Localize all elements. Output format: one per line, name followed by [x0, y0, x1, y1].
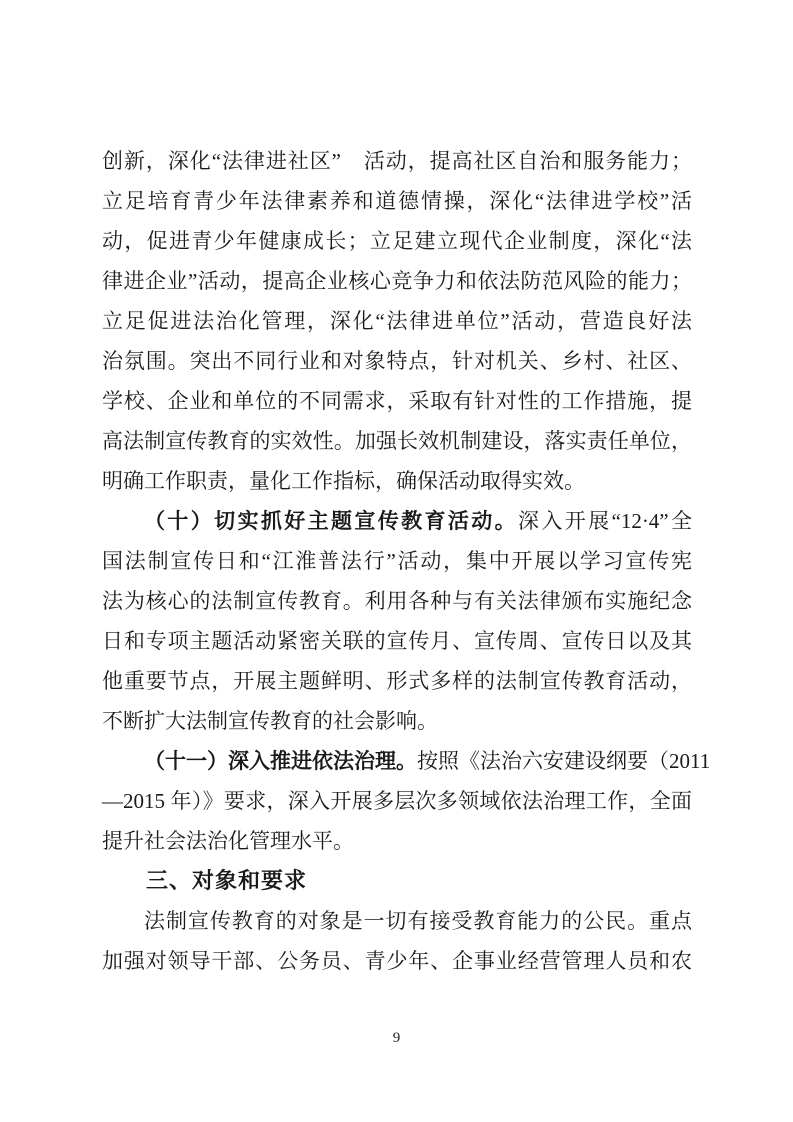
text-line: 律进企业”活动，提高企业核心竞争力和依法防范风险的能力； — [102, 261, 692, 301]
text-run: —2015 年）》要求，深入开展多层次多领域依法治理工作，全面 — [102, 789, 692, 813]
paragraph-lead-line: （十一）深入推进依法治理。按照《法治六安建设纲要（2011 — [102, 741, 692, 781]
text-run: 学校、企业和单位的不同需求，采取有针对性的工作措施，提 — [102, 389, 692, 413]
text-run: 提升社会法治化管理水平。 — [102, 829, 354, 853]
text-run: 按照《法治六安建设纲要（2011 — [417, 749, 710, 773]
bold-clause-title: （十）切实抓好主题宣传教育活动。 — [144, 509, 518, 533]
text-run: 他重要节点，开展主题鲜明、形式多样的法制宣传教育活动， — [102, 669, 692, 693]
text-line: 学校、企业和单位的不同需求，采取有针对性的工作措施，提 — [102, 381, 692, 421]
text-line: 立足促进法治化管理，深化“法律进单位”活动，营造良好法 — [102, 301, 692, 341]
text-line: 明确工作职责，量化工作指标，确保活动取得实效。 — [102, 461, 692, 501]
text-line: 加强对领导干部、公务员、青少年、企事业经营管理人员和农 — [102, 941, 692, 981]
text-run: 创新，深化“法律进社区” 活动，提高社区自治和服务能力； — [102, 149, 692, 173]
text-run: 治氛围。突出不同行业和对象特点，针对机关、乡村、社区、 — [102, 349, 692, 373]
document-page: 创新，深化“法律进社区” 活动，提高社区自治和服务能力； 立足培育青少年法律素养… — [0, 0, 793, 1122]
text-line: 治氛围。突出不同行业和对象特点，针对机关、乡村、社区、 — [102, 341, 692, 381]
paragraph-lead-line: （十）切实抓好主题宣传教育活动。深入开展“12·4”全 — [102, 501, 692, 541]
text-run: 日和专项主题活动紧密关联的宣传月、宣传周、宣传日以及其 — [102, 629, 692, 653]
text-run: 动，促进青少年健康成长；立足建立现代企业制度，深化“法 — [102, 229, 692, 253]
text-run: 深入开展“12·4”全 — [518, 509, 692, 533]
text-run: 律进企业”活动，提高企业核心竞争力和依法防范风险的能力； — [102, 269, 692, 293]
text-line: 不断扩大法制宣传教育的社会影响。 — [102, 701, 692, 741]
text-run: 国法制宣传日和“江淮普法行”活动，集中开展以学习宣传宪 — [102, 549, 692, 573]
text-run: 立足促进法治化管理，深化“法律进单位”活动，营造良好法 — [102, 309, 692, 333]
text-line: 高法制宣传教育的实效性。加强长效机制建设，落实责任单位， — [102, 421, 692, 461]
bold-clause-title: （十一）深入推进依法治理。 — [144, 749, 417, 773]
text-run: 明确工作职责，量化工作指标，确保活动取得实效。 — [102, 469, 585, 493]
text-run: 法制宣传教育的对象是一切有接受教育能力的公民。重点 — [144, 909, 692, 933]
text-line: 创新，深化“法律进社区” 活动，提高社区自治和服务能力； — [102, 141, 692, 181]
text-line: 国法制宣传日和“江淮普法行”活动，集中开展以学习宣传宪 — [102, 541, 692, 581]
section-heading: 三、对象和要求 — [102, 861, 692, 901]
text-line: 他重要节点，开展主题鲜明、形式多样的法制宣传教育活动， — [102, 661, 692, 701]
text-run: 加强对领导干部、公务员、青少年、企事业经营管理人员和农 — [102, 949, 692, 973]
page-number: 9 — [393, 1030, 401, 1046]
text-line: —2015 年）》要求，深入开展多层次多领域依法治理工作，全面 — [102, 781, 692, 821]
text-line: 动，促进青少年健康成长；立足建立现代企业制度，深化“法 — [102, 221, 692, 261]
text-run: 法为核心的法制宣传教育。利用各种与有关法律颁布实施纪念 — [102, 589, 692, 613]
text-line: 提升社会法治化管理水平。 — [102, 821, 692, 861]
text-line: 立足培育青少年法律素养和道德情操，深化“法律进学校”活 — [102, 181, 692, 221]
text-line: 法为核心的法制宣传教育。利用各种与有关法律颁布实施纪念 — [102, 581, 692, 621]
text-line: 日和专项主题活动紧密关联的宣传月、宣传周、宣传日以及其 — [102, 621, 692, 661]
text-run: 高法制宣传教育的实效性。加强长效机制建设，落实责任单位， — [102, 429, 692, 453]
page-footer: 9 — [0, 1030, 793, 1047]
text-run: 不断扩大法制宣传教育的社会影响。 — [102, 709, 438, 733]
section-heading-text: 三、对象和要求 — [146, 868, 307, 893]
paragraph-lead-line: 法制宣传教育的对象是一切有接受教育能力的公民。重点 — [102, 901, 692, 941]
body-text: 创新，深化“法律进社区” 活动，提高社区自治和服务能力； 立足培育青少年法律素养… — [102, 141, 692, 981]
text-run: 立足培育青少年法律素养和道德情操，深化“法律进学校”活 — [102, 189, 692, 213]
